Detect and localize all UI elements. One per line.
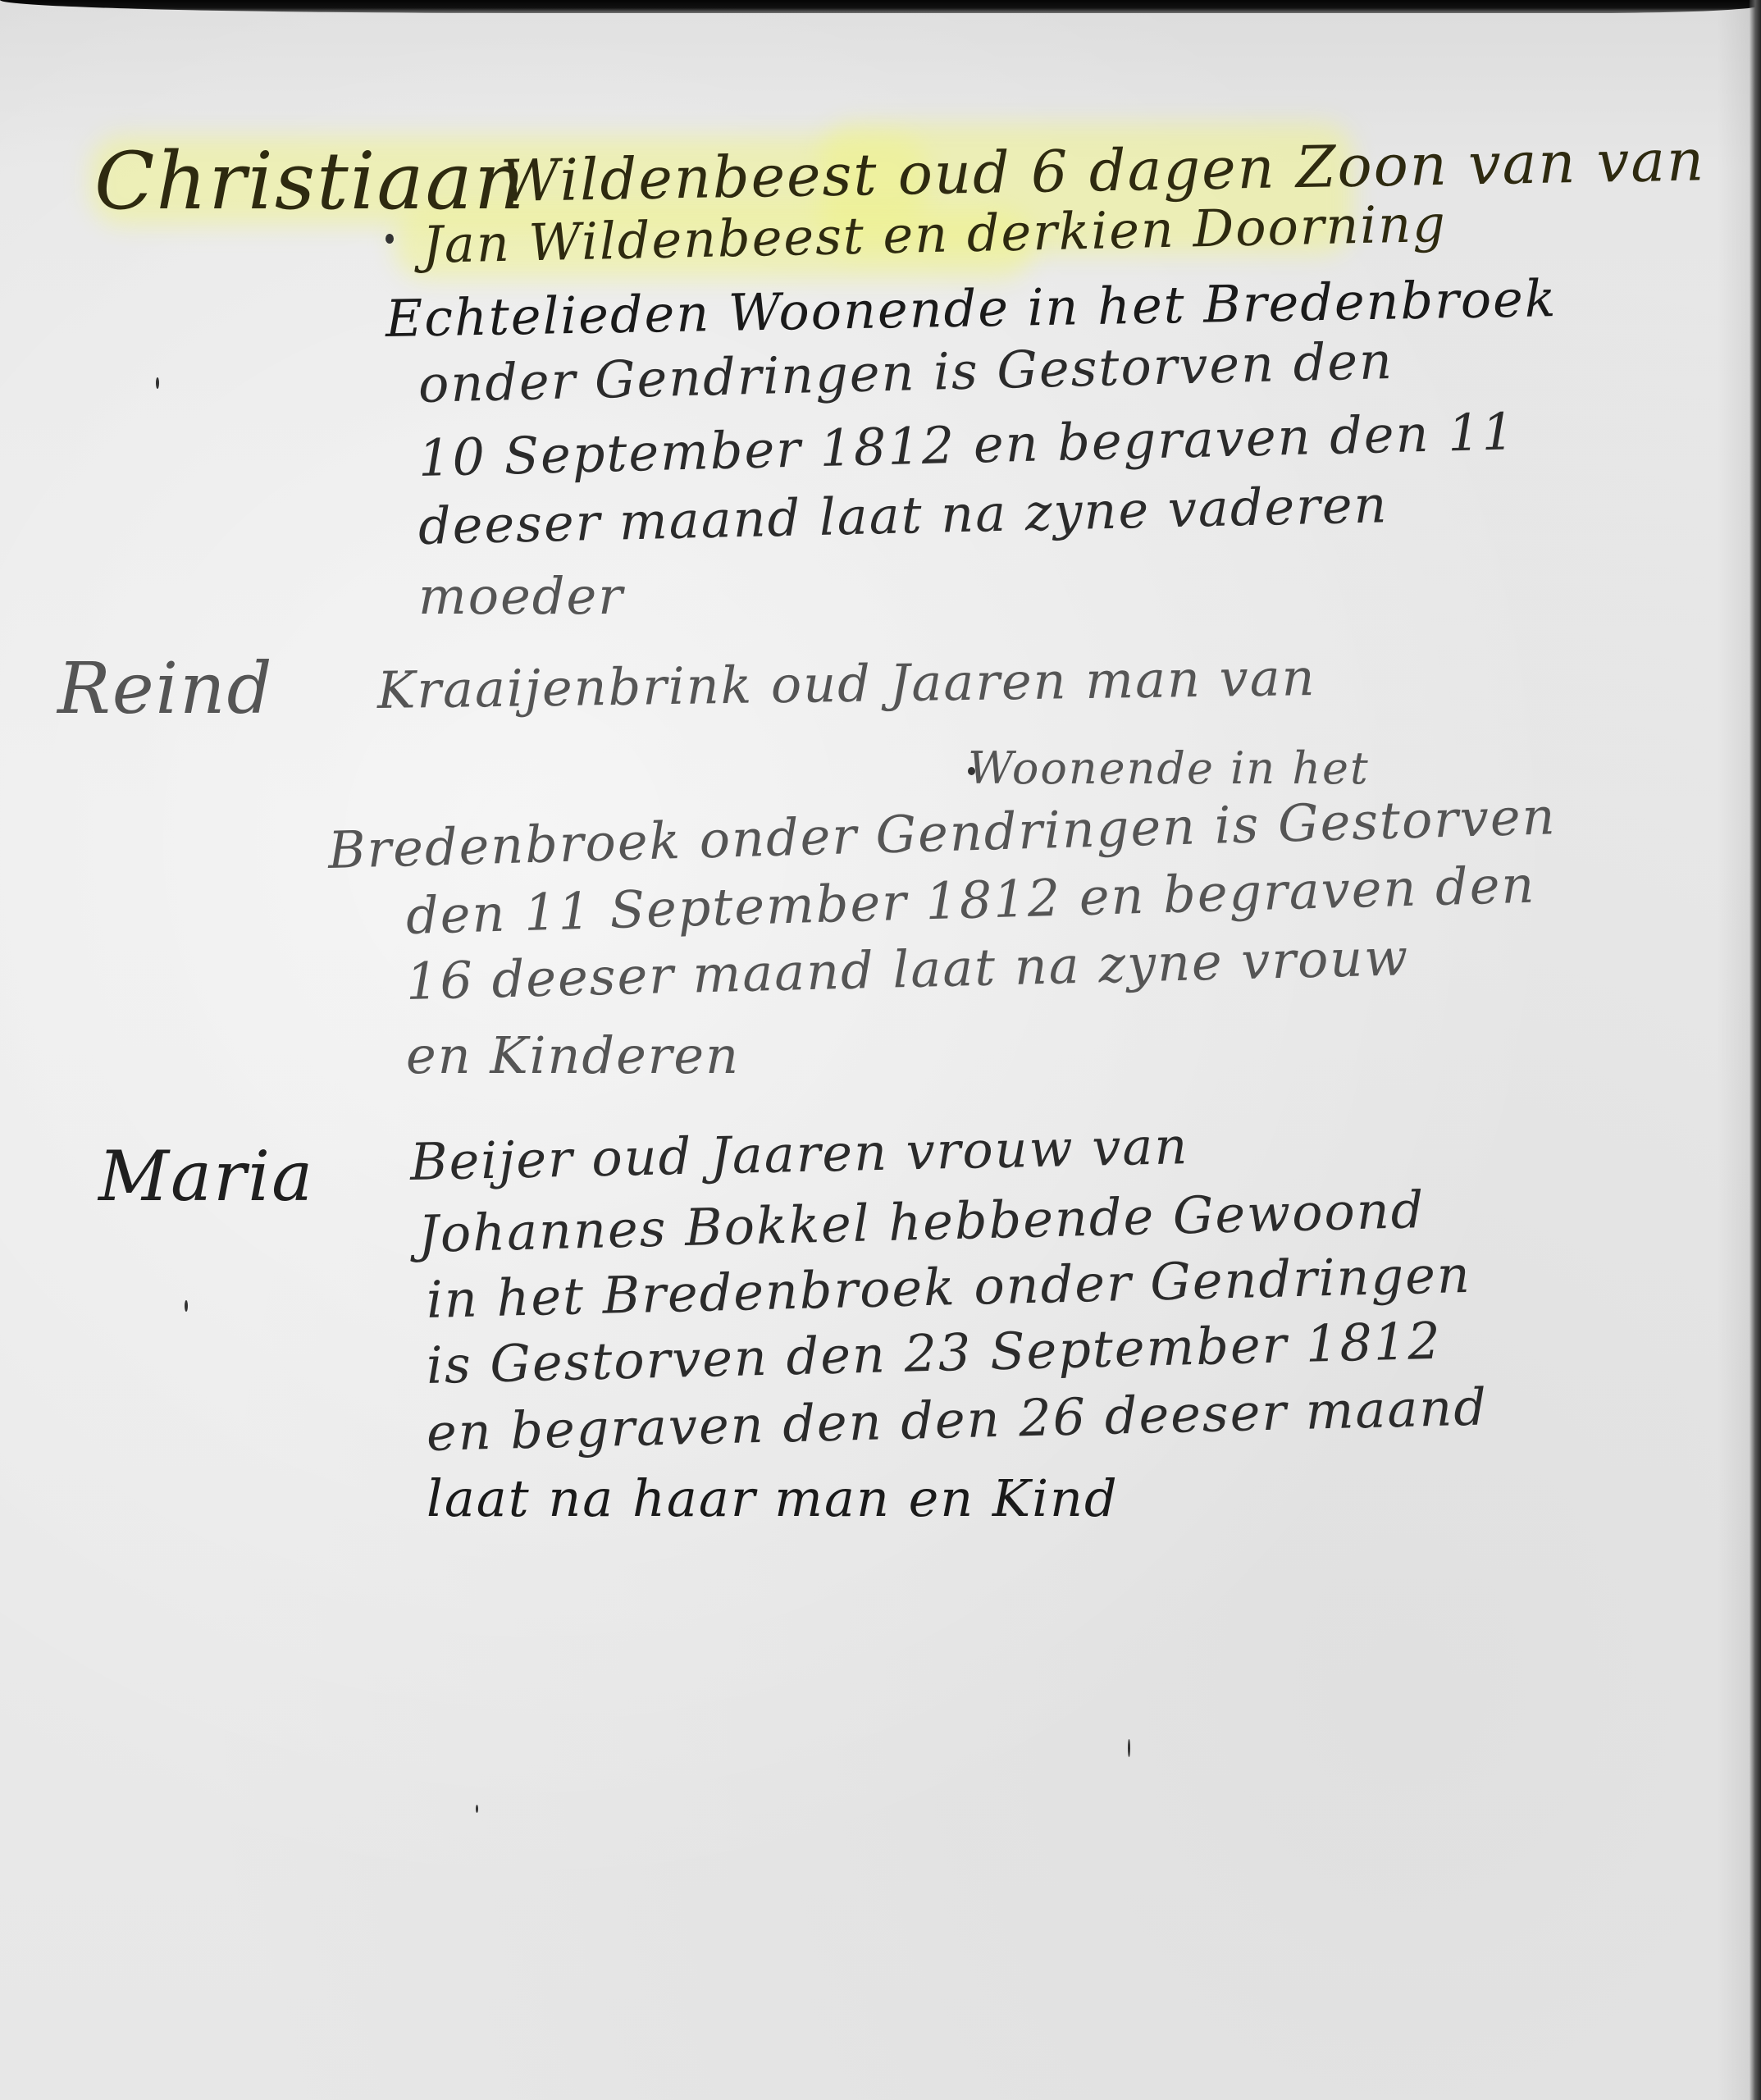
ink-speck	[185, 1300, 188, 1312]
page-binding-shadow	[1717, 0, 1750, 2100]
ink-speck	[386, 234, 394, 244]
entry-line: Woonende in het	[968, 742, 1370, 794]
ink-speck	[968, 767, 975, 775]
ink-speck	[156, 377, 159, 389]
ink-speck	[476, 1805, 478, 1813]
page-top-edge	[0, 0, 1761, 13]
entry-given-name: Reind	[57, 648, 274, 730]
entry-line: en Kinderen	[406, 1025, 740, 1085]
entry-line: Kraaijenbrink oud Jaaren man van	[376, 647, 1316, 720]
entry-line: Beijer oud Jaaren vrouw van	[409, 1116, 1189, 1192]
entry-line: moeder	[418, 566, 624, 626]
page-right-edge	[1750, 0, 1761, 2100]
entry-line: deeser maand laat na zyne vaderen	[417, 474, 1389, 556]
register-page: Christiaan Wildenbeest oud 6 dagen Zoon …	[0, 0, 1761, 2100]
entry-given-name: Maria	[98, 1136, 314, 1217]
entry-line: laat na haar man en Kind	[427, 1468, 1119, 1528]
ink-speck	[1128, 1739, 1130, 1757]
